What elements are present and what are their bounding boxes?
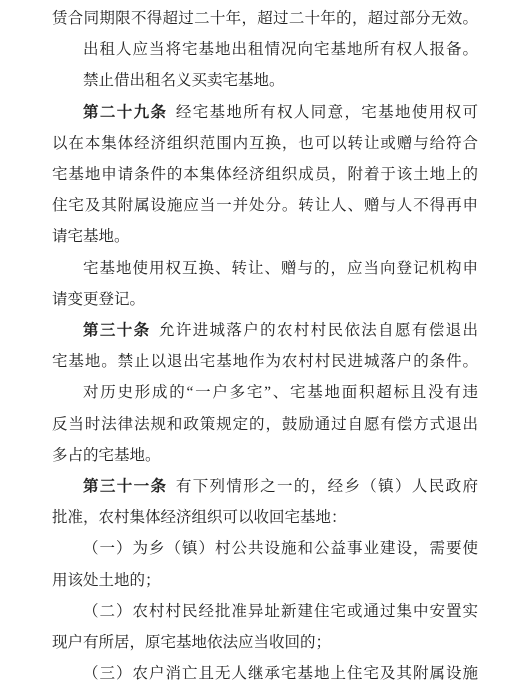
line-text: 批准，农村集体经济组织可以收回宅基地： [52,509,347,526]
line-text: （二）农村村民经批准异址新建住宅或通过集中安置实 [83,603,478,620]
text-line: （二）农村村民经批准异址新建住宅或通过集中安置实 [52,596,478,627]
document-page: 赁合同期限不得超过二十年，超过二十年的，超过部分无效。 出租人应当将宅基地出租情… [0,0,530,690]
line-text: 赁合同期限不得超过二十年，超过二十年的，超过部分无效。 [52,10,478,27]
text-line: 反当时法律法规和政策规定的，鼓励通过自愿有偿方式退出 [52,409,478,440]
line-text: 允许进城落户的农村村民依法自愿有偿退出 [159,322,478,339]
text-line: 批准，农村集体经济组织可以收回宅基地： [52,502,478,533]
text-line: 宅基地申请条件的本集体经济组织成员，附着于该土地上的 [52,159,478,190]
line-text: 宅基地。禁止以退出宅基地作为农村村民进城落户的条件。 [52,353,478,370]
text-line: （三）农户消亡且无人继承宅基地上住宅及其附属设施 [52,658,478,689]
line-text: 禁止借出租名义买卖宅基地。 [83,72,285,89]
line-text: 现户有所居，原宅基地依法应当收回的； [52,634,331,651]
line-text: 反当时法律法规和政策规定的，鼓励通过自愿有偿方式退出 [52,416,478,433]
line-text: 宅基地使用权互换、转让、赠与的，应当向登记机构申 [83,260,478,277]
line-text: 宅基地申请条件的本集体经济组织成员，附着于该土地上的 [52,166,478,183]
text-line: 第三十条允许进城落户的农村村民依法自愿有偿退出 [52,315,478,346]
text-line: 多占的宅基地。 [52,440,478,471]
line-text: 对历史形成的“一户多宅”、宅基地面积超标且没有违 [83,384,478,401]
text-line: 宅基地使用权互换、转让、赠与的，应当向登记机构申 [52,253,478,284]
line-text: （三）农户消亡且无人继承宅基地上住宅及其附属设施 [83,665,478,682]
article-number: 第三十一条 [83,478,167,495]
line-text: 请宅基地。 [52,228,130,245]
text-line: 以在本集体经济组织范围内互换，也可以转让或赠与给符合 [52,128,478,159]
text-line: 禁止借出租名义买卖宅基地。 [52,65,478,96]
text-line: 宅基地。禁止以退出宅基地作为农村村民进城落户的条件。 [52,346,478,377]
line-text: 出租人应当将宅基地出租情况向宅基地所有权人报备。 [83,41,478,58]
text-line: 第二十九条经宅基地所有权人同意，宅基地使用权可 [52,97,478,128]
text-line: 请变更登记。 [52,284,478,315]
line-text: 以在本集体经济组织范围内互换，也可以转让或赠与给符合 [52,135,478,152]
line-text: 多占的宅基地。 [52,447,161,464]
text-line: 第三十一条有下列情形之一的，经乡（镇）人民政府 [52,471,478,502]
text-line: （一）为乡（镇）村公共设施和公益事业建设，需要使 [52,533,478,564]
article-number: 第三十条 [83,322,150,339]
text-line: 出租人应当将宅基地出租情况向宅基地所有权人报备。 [52,34,478,65]
text-line: 对历史形成的“一户多宅”、宅基地面积超标且没有违 [52,377,478,408]
line-text: 住宅及其附属设施应当一并处分。转让人、赠与人不得再申 [52,197,478,214]
line-text: 请变更登记。 [52,291,145,308]
line-text: 有下列情形之一的，经乡（镇）人民政府 [176,478,478,495]
text-line: 请宅基地。 [52,221,478,252]
line-text: 用该处土地的； [52,572,161,589]
text-line: 住宅及其附属设施应当一并处分。转让人、赠与人不得再申 [52,190,478,221]
document-text: 赁合同期限不得超过二十年，超过二十年的，超过部分无效。 出租人应当将宅基地出租情… [52,3,478,689]
line-text: 经宅基地所有权人同意，宅基地使用权可 [176,104,478,121]
text-line: 赁合同期限不得超过二十年，超过二十年的，超过部分无效。 [52,3,478,34]
line-text: （一）为乡（镇）村公共设施和公益事业建设，需要使 [83,540,478,557]
article-number: 第二十九条 [83,104,167,121]
text-line: 用该处土地的； [52,565,478,596]
text-line: 现户有所居，原宅基地依法应当收回的； [52,627,478,658]
